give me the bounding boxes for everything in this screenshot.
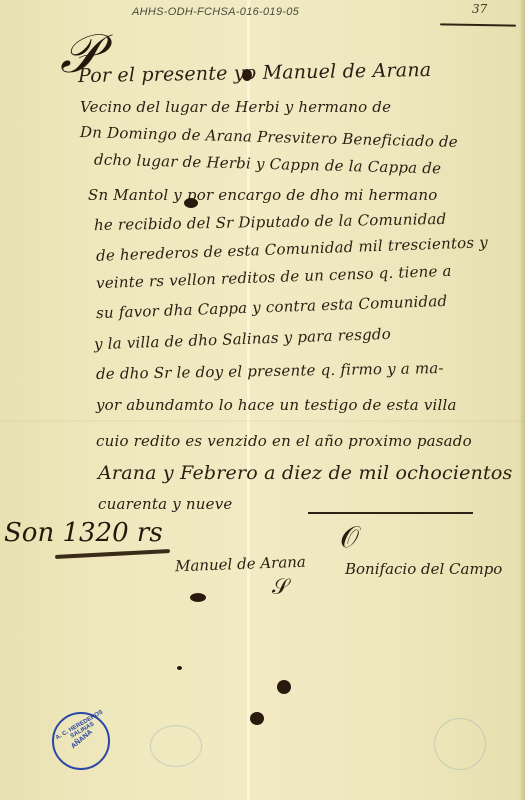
rubric-flourish: 𝒮 [272, 575, 289, 600]
ink-blot [277, 680, 291, 694]
body-line: veinte rs vellon reditos de un censo q. … [96, 262, 452, 292]
archive-stamp: A. C. HEREDEROS SALINAS AÑANA [52, 712, 110, 770]
ink-blot [242, 69, 252, 81]
body-line: yor abundamto lo hace un testigo de esta… [96, 396, 457, 414]
body-line: de herederos de esta Comunidad mil tresc… [96, 233, 488, 265]
closing-rule [308, 512, 473, 514]
body-line: Por el presente yo Manuel de Arana [78, 59, 432, 87]
ink-blot [190, 593, 206, 602]
body-line: de dho Sr le doy el presente q. firmo y … [96, 359, 444, 383]
faint-bleedthrough-stamp [434, 718, 486, 770]
body-line: Vecino del lugar de Herbi y hermano de [80, 98, 391, 116]
body-line: he recibido del Sr Diputado de la Comuni… [94, 210, 447, 234]
body-line: su favor dha Cappa y contra esta Comunid… [96, 292, 448, 322]
ink-blot [250, 712, 264, 725]
page-number-rule [440, 23, 516, 26]
faint-bleedthrough-stamp [150, 725, 202, 767]
paper-edge [519, 0, 525, 800]
ink-blot [177, 666, 182, 670]
body-line: cuio redito es venzido en el año proximo… [96, 432, 472, 450]
amount-total: Son 1320 rs [4, 518, 163, 548]
signature-bonifacio-del-campo: Bonifacio del Campo [345, 560, 502, 578]
signature-loop-flourish: 𝒪 [340, 520, 359, 555]
ink-blot [184, 198, 198, 208]
archive-reference: AHHS-ODH-FCHSA-016-019-05 [132, 6, 299, 18]
body-line: Dn Domingo de Arana Presvitero Beneficia… [80, 123, 458, 151]
page-number: 37 [472, 2, 487, 16]
body-line: Sn Mantol y por encargo de dho mi herman… [88, 186, 437, 204]
body-line: Arana y Febrero a diez de mil ochociento… [98, 462, 512, 484]
body-line: y la villa de dho Salinas y para resgdo [94, 325, 391, 353]
paper-fold-horizontal [0, 420, 525, 422]
body-line: dcho lugar de Herbi y Cappn de la Cappa … [94, 150, 442, 177]
signature-manuel-de-arana: Manuel de Arana [175, 553, 306, 576]
body-line: cuarenta y nueve [98, 495, 232, 513]
amount-underline [55, 549, 170, 559]
